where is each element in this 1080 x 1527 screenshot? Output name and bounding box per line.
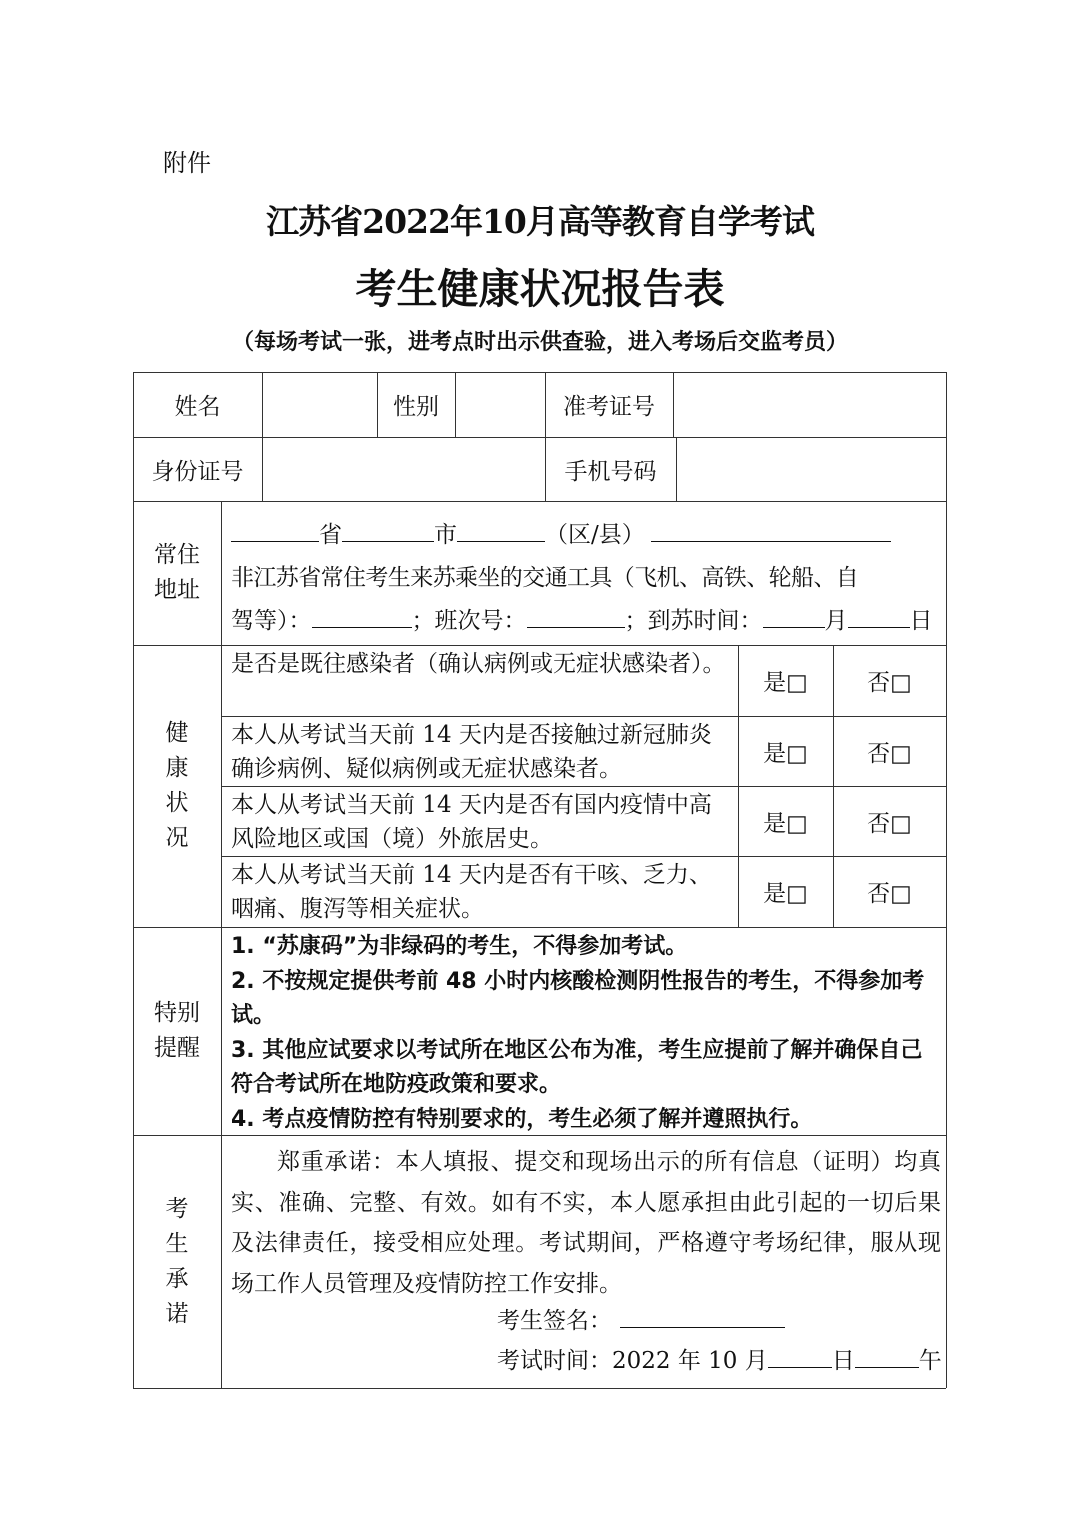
city-text: 市 xyxy=(434,522,457,548)
reminder-item: 4. 考点疫情防控有特别要求的，考生必须了解并遵照执行。 xyxy=(231,1103,941,1138)
signature-blank[interactable] xyxy=(620,1305,785,1328)
pledge-label: 考 生 承 诺 xyxy=(133,1135,221,1388)
health-question-4: 本人从考试当天前 14 天内是否有干咳、乏力、咽痛、腹泻等相关症状。 xyxy=(231,858,733,926)
district-text: （区/县） xyxy=(545,522,645,548)
health-question-2: 本人从考试当天前 14 天内是否接触过新冠肺炎确诊病例、疑似病例或无症状感染者。 xyxy=(231,718,733,786)
health-q4-yes-checkbox[interactable]: 是□ xyxy=(738,856,833,927)
health-label-char: 况 xyxy=(166,821,189,856)
phone-label: 手机号码 xyxy=(545,437,676,501)
pledge-label-char: 考 xyxy=(166,1192,189,1227)
name-field[interactable] xyxy=(262,372,377,437)
health-q4-no-checkbox[interactable]: 否□ xyxy=(833,856,946,927)
health-q1-yes-checkbox[interactable]: 是□ xyxy=(738,645,833,716)
street-blank[interactable] xyxy=(651,519,891,542)
transport-prefix: 驾等）： xyxy=(231,608,312,634)
reminder-label-line1: 特别 xyxy=(154,996,200,1031)
shift-blank[interactable] xyxy=(527,605,625,628)
divider xyxy=(221,501,222,1388)
province-text: 省 xyxy=(319,522,342,548)
reminder-item: 3. 其他应试要求以考试所在地区公布为准，考生应提前了解并确保自己符合考试所在地… xyxy=(231,1034,941,1103)
exam-time-line: 考试时间：2022 年 10 月日午 xyxy=(497,1344,942,1378)
page-title: 江苏省2022年10月高等教育自学考试 xyxy=(0,196,1080,243)
city-blank[interactable] xyxy=(342,519,434,542)
health-question-1: 是否是既往感染者（确认病例或无症状感染者）。 xyxy=(231,647,733,681)
health-label-char: 康 xyxy=(166,751,189,786)
address-label: 常住 地址 xyxy=(133,501,221,645)
divider xyxy=(133,1388,946,1389)
arrival-day-blank[interactable] xyxy=(848,605,910,628)
province-blank[interactable] xyxy=(231,519,319,542)
pledge-text: 郑重承诺：本人填报、提交和现场出示的所有信息（证明）均真实、准确、完整、有效。如… xyxy=(231,1142,941,1304)
signature-line: 考生签名： xyxy=(497,1304,785,1338)
transport-blank[interactable] xyxy=(312,605,412,628)
transport-line2: 驾等）：；班次号：；到苏时间：月日 xyxy=(231,604,933,638)
month-text: 月 xyxy=(825,608,848,634)
day-text: 日 xyxy=(910,608,933,634)
reminder-label-line2: 提醒 xyxy=(154,1031,200,1066)
divider xyxy=(946,372,947,1388)
exam-halfday-blank[interactable] xyxy=(855,1345,919,1368)
gender-label: 性别 xyxy=(377,372,455,437)
divider xyxy=(133,927,946,928)
address-line: 省市（区/县） xyxy=(231,518,891,552)
attachment-label: 附件 xyxy=(163,143,211,178)
phone-field[interactable] xyxy=(676,437,946,501)
shift-label: ；班次号： xyxy=(412,608,527,634)
reminder-list: 1. “苏康码”为非绿码的考生，不得参加考试。 2. 不按规定提供考前 48 小… xyxy=(231,930,941,1137)
name-label: 姓名 xyxy=(133,372,262,437)
reminder-item: 1. “苏康码”为非绿码的考生，不得参加考试。 xyxy=(231,930,941,965)
health-question-3: 本人从考试当天前 14 天内是否有国内疫情中高风险地区或国（境）外旅居史。 xyxy=(231,788,733,856)
address-label-line1: 常住 xyxy=(154,538,200,573)
pledge-label-char: 生 xyxy=(166,1227,189,1262)
form-title: 考生健康状况报告表 xyxy=(0,256,1080,315)
health-q1-no-checkbox[interactable]: 否□ xyxy=(833,645,946,716)
health-label-char: 状 xyxy=(166,786,189,821)
divider xyxy=(133,501,946,502)
ticket-number-label: 准考证号 xyxy=(545,372,673,437)
id-number-label: 身份证号 xyxy=(133,437,262,501)
pledge-label-char: 诺 xyxy=(166,1297,189,1332)
health-label-char: 健 xyxy=(166,716,189,751)
day-text: 日 xyxy=(832,1348,855,1374)
health-q3-no-checkbox[interactable]: 否□ xyxy=(833,786,946,856)
gender-field[interactable] xyxy=(455,372,545,437)
halfday-text: 午 xyxy=(919,1348,942,1374)
pledge-label-char: 承 xyxy=(166,1262,189,1297)
transport-text: 非江苏省常住考生来苏乘坐的交通工具（飞机、高铁、轮船、自 xyxy=(231,561,858,595)
health-q2-yes-checkbox[interactable]: 是□ xyxy=(738,716,833,786)
reminder-label: 特别 提醒 xyxy=(133,927,221,1135)
health-q3-yes-checkbox[interactable]: 是□ xyxy=(738,786,833,856)
signature-label: 考生签名： xyxy=(497,1308,612,1334)
arrival-month-blank[interactable] xyxy=(763,605,825,628)
exam-day-blank[interactable] xyxy=(768,1345,832,1368)
district-blank[interactable] xyxy=(457,519,545,542)
ticket-number-field[interactable] xyxy=(673,372,946,437)
id-number-field[interactable] xyxy=(262,437,545,501)
health-q2-no-checkbox[interactable]: 否□ xyxy=(833,716,946,786)
address-label-line2: 地址 xyxy=(154,573,200,608)
form-subtitle: （每场考试一张，进考点时出示供查验，进入考场后交监考员） xyxy=(0,325,1080,356)
reminder-item: 2. 不按规定提供考前 48 小时内核酸检测阴性报告的考生，不得参加考试。 xyxy=(231,965,941,1034)
exam-time-label: 考试时间：2022 年 10 月 xyxy=(497,1348,768,1374)
health-label: 健 康 状 况 xyxy=(133,645,221,927)
arrival-label: ；到苏时间： xyxy=(625,608,763,634)
